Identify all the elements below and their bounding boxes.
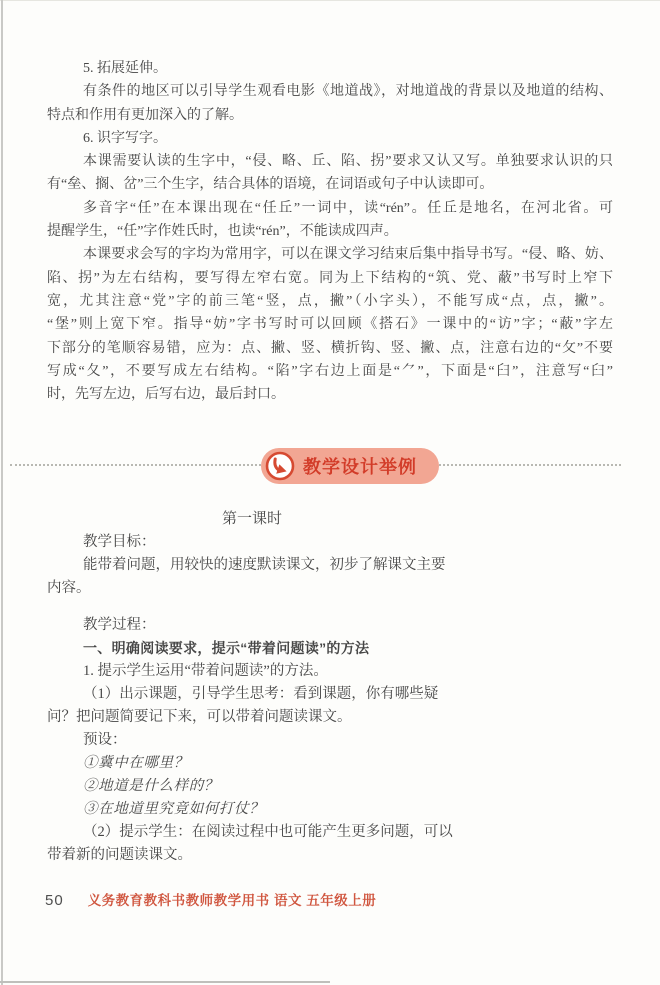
text-line: 能带着问题，用较快的速度默读课文，初步了解课文主要 bbox=[47, 554, 487, 577]
page-content: 5. 拓展延伸。有条件的地区可以引导学生观看电影《地道战》，对地道战的背景以及地… bbox=[47, 57, 613, 867]
page-bottom-edge-line bbox=[0, 981, 330, 983]
text-line: 6. 识字写字。 bbox=[47, 127, 613, 150]
text-line: 陷、拐”为左右结构，要写得左窄右宽。同为上下结构的“筑、党、蔽”书写时上窄下 bbox=[47, 267, 613, 290]
text-line: 带着新的问题读课文。 bbox=[47, 844, 487, 867]
page-number: 50 bbox=[45, 892, 64, 909]
text-line: 特点和作用有更加深入的了解。 bbox=[47, 104, 613, 127]
text-line: 预设： bbox=[47, 729, 487, 752]
lesson-section: 第一课时 教学目标：能带着问题，用较快的速度默读课文，初步了解课文主要内容。教学… bbox=[47, 508, 487, 867]
text-line: 问？把问题简要记下来，可以带着问题读课文。 bbox=[47, 706, 487, 729]
text-line: ①冀中在哪里？ bbox=[47, 752, 487, 775]
text-line: 5. 拓展延伸。 bbox=[47, 57, 613, 80]
text-line: 内容。 bbox=[47, 577, 487, 600]
text-line: 时，先写左边，后写右边，最后封口。 bbox=[47, 383, 613, 406]
lesson-title: 第一课时 bbox=[47, 508, 457, 531]
footer-book-title: 义务教育教科书教师教学用书 语文 五年级上册 bbox=[88, 889, 377, 909]
book-page: 5. 拓展延伸。有条件的地区可以引导学生观看电影《地道战》，对地道战的背景以及地… bbox=[0, 0, 660, 985]
curved-down-arrow-circle-icon bbox=[265, 451, 295, 481]
lesson-body: 教学目标：能带着问题，用较快的速度默读课文，初步了解课文主要内容。教学过程：一、… bbox=[47, 531, 487, 867]
text-line bbox=[47, 600, 487, 614]
text-line: 有“垒、搁、岔”三个生字，结合具体的语境，在词语或句子中认读即可。 bbox=[47, 173, 613, 196]
text-line: “堡”则上宽下窄。指导“妨”字书写时可以回顾《搭石》一课中的“访”字；“蔽”字左 bbox=[47, 313, 613, 336]
text-line: 下部分的笔顺容易错，应为：点、撇、竖、横折钩、竖、撇、点，注意右边的“攵”不要 bbox=[47, 337, 613, 360]
text-line: 有条件的地区可以引导学生观看电影《地道战》，对地道战的背景以及地道的结构、 bbox=[47, 80, 613, 103]
text-line: （2）提示学生：在阅读过程中也可能产生更多问题，可以 bbox=[47, 821, 487, 844]
page-top-edge-line bbox=[0, 0, 660, 1]
page-footer: 50 义务教育教科书教师教学用书 语文 五年级上册 bbox=[45, 889, 376, 909]
text-line: 宽，尤其注意“党”字的前三笔“竖，点，撇”（小字头），不能写成“点，点，撇”。 bbox=[47, 290, 613, 313]
text-line: 1. 提示学生运用“带着问题读”的方法。 bbox=[47, 660, 487, 683]
teaching-notes-section: 5. 拓展延伸。有条件的地区可以引导学生观看电影《地道战》，对地道战的背景以及地… bbox=[47, 57, 613, 406]
text-line: 教学目标： bbox=[47, 531, 487, 554]
text-line: 教学过程： bbox=[47, 614, 487, 637]
text-line: 提醒学生，“任”字作姓氏时，也读“rén”，不能读成四声。 bbox=[47, 220, 613, 243]
text-line: 写成“夂”，不要写成左右结构。“陷”字右边上面是“⺈”，下面是“臼”，注意写“臼… bbox=[47, 360, 613, 383]
section-badge-label: 教学设计举例 bbox=[303, 453, 417, 479]
page-left-edge-line bbox=[1, 0, 3, 985]
text-line: （1）出示课题，引导学生思考：看到课题，你有哪些疑 bbox=[47, 683, 487, 706]
text-line: 多音字“任”在本课出现在“任丘”一词中，读“rén”。任丘是地名，在河北省。可 bbox=[47, 197, 613, 220]
section-badge: 教学设计举例 bbox=[261, 448, 439, 484]
text-line: 本课需要认读的生字中，“侵、略、丘、陷、拐”要求又认又写。单独要求认识的只 bbox=[47, 150, 613, 173]
text-line: 本课要求会写的字均为常用字，可以在课文学习结束后集中指导书写。“侵、略、妨、 bbox=[47, 243, 613, 266]
text-line: 一、明确阅读要求，提示“带着问题读”的方法 bbox=[47, 637, 487, 660]
text-line: ②地道是什么样的？ bbox=[47, 775, 487, 798]
section-badge-row: 教学设计举例 bbox=[47, 448, 613, 484]
text-line: ③在地道里究竟如何打仗？ bbox=[47, 798, 487, 821]
